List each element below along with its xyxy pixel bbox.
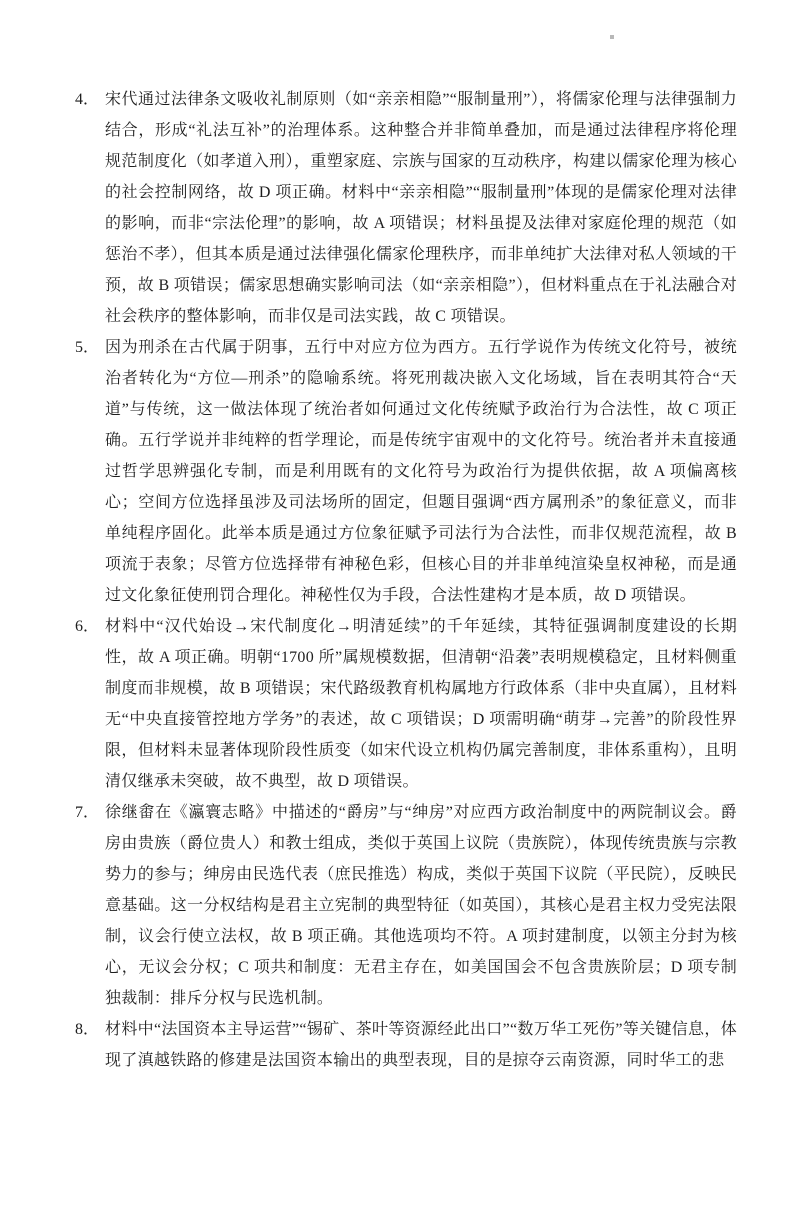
answer-number: 4． <box>75 84 99 115</box>
answer-text: 徐继畬在《瀛寰志略》中描述的“爵房”与“绅房”对应西方政治制度中的两院制议会。爵… <box>105 797 737 1014</box>
answer-item-6: 6． 材料中“汉代始设→宋代制度化→明清延续”的千年延续，其特征强调制度建设的长… <box>75 611 737 797</box>
answer-text: 材料中“汉代始设→宋代制度化→明清延续”的千年延续，其特征强调制度建设的长期性，… <box>105 611 737 797</box>
answer-number: 8． <box>75 1014 99 1045</box>
answer-item-5: 5． 因为刑杀在古代属于阴事，五行中对应方位为西方。五行学说作为传统文化符号，被… <box>75 332 737 611</box>
answer-item-7: 7． 徐继畬在《瀛寰志略》中描述的“爵房”与“绅房”对应西方政治制度中的两院制议… <box>75 797 737 1014</box>
answer-item-8: 8． 材料中“法国资本主导运营”“锡矿、茶叶等资源经此出口”“数万华工死伤”等关… <box>75 1014 737 1076</box>
answer-item-4: 4． 宋代通过法律条文吸收礼制原则（如“亲亲相隐”“服制量刑”），将儒家伦理与法… <box>75 84 737 332</box>
answer-number: 6． <box>75 611 99 642</box>
answer-number: 5． <box>75 332 99 363</box>
answer-list: 4． 宋代通过法律条文吸收礼制原则（如“亲亲相隐”“服制量刑”），将儒家伦理与法… <box>75 84 737 1076</box>
scanned-document-page: { "document": { "background_color": "#ff… <box>0 0 800 1216</box>
scan-artifact-dot <box>610 35 614 39</box>
answer-text: 因为刑杀在古代属于阴事，五行中对应方位为西方。五行学说作为传统文化符号，被统治者… <box>105 332 737 611</box>
answer-text: 宋代通过法律条文吸收礼制原则（如“亲亲相隐”“服制量刑”），将儒家伦理与法律强制… <box>105 84 737 332</box>
answer-text: 材料中“法国资本主导运营”“锡矿、茶叶等资源经此出口”“数万华工死伤”等关键信息… <box>105 1014 737 1076</box>
answer-number: 7． <box>75 797 99 828</box>
